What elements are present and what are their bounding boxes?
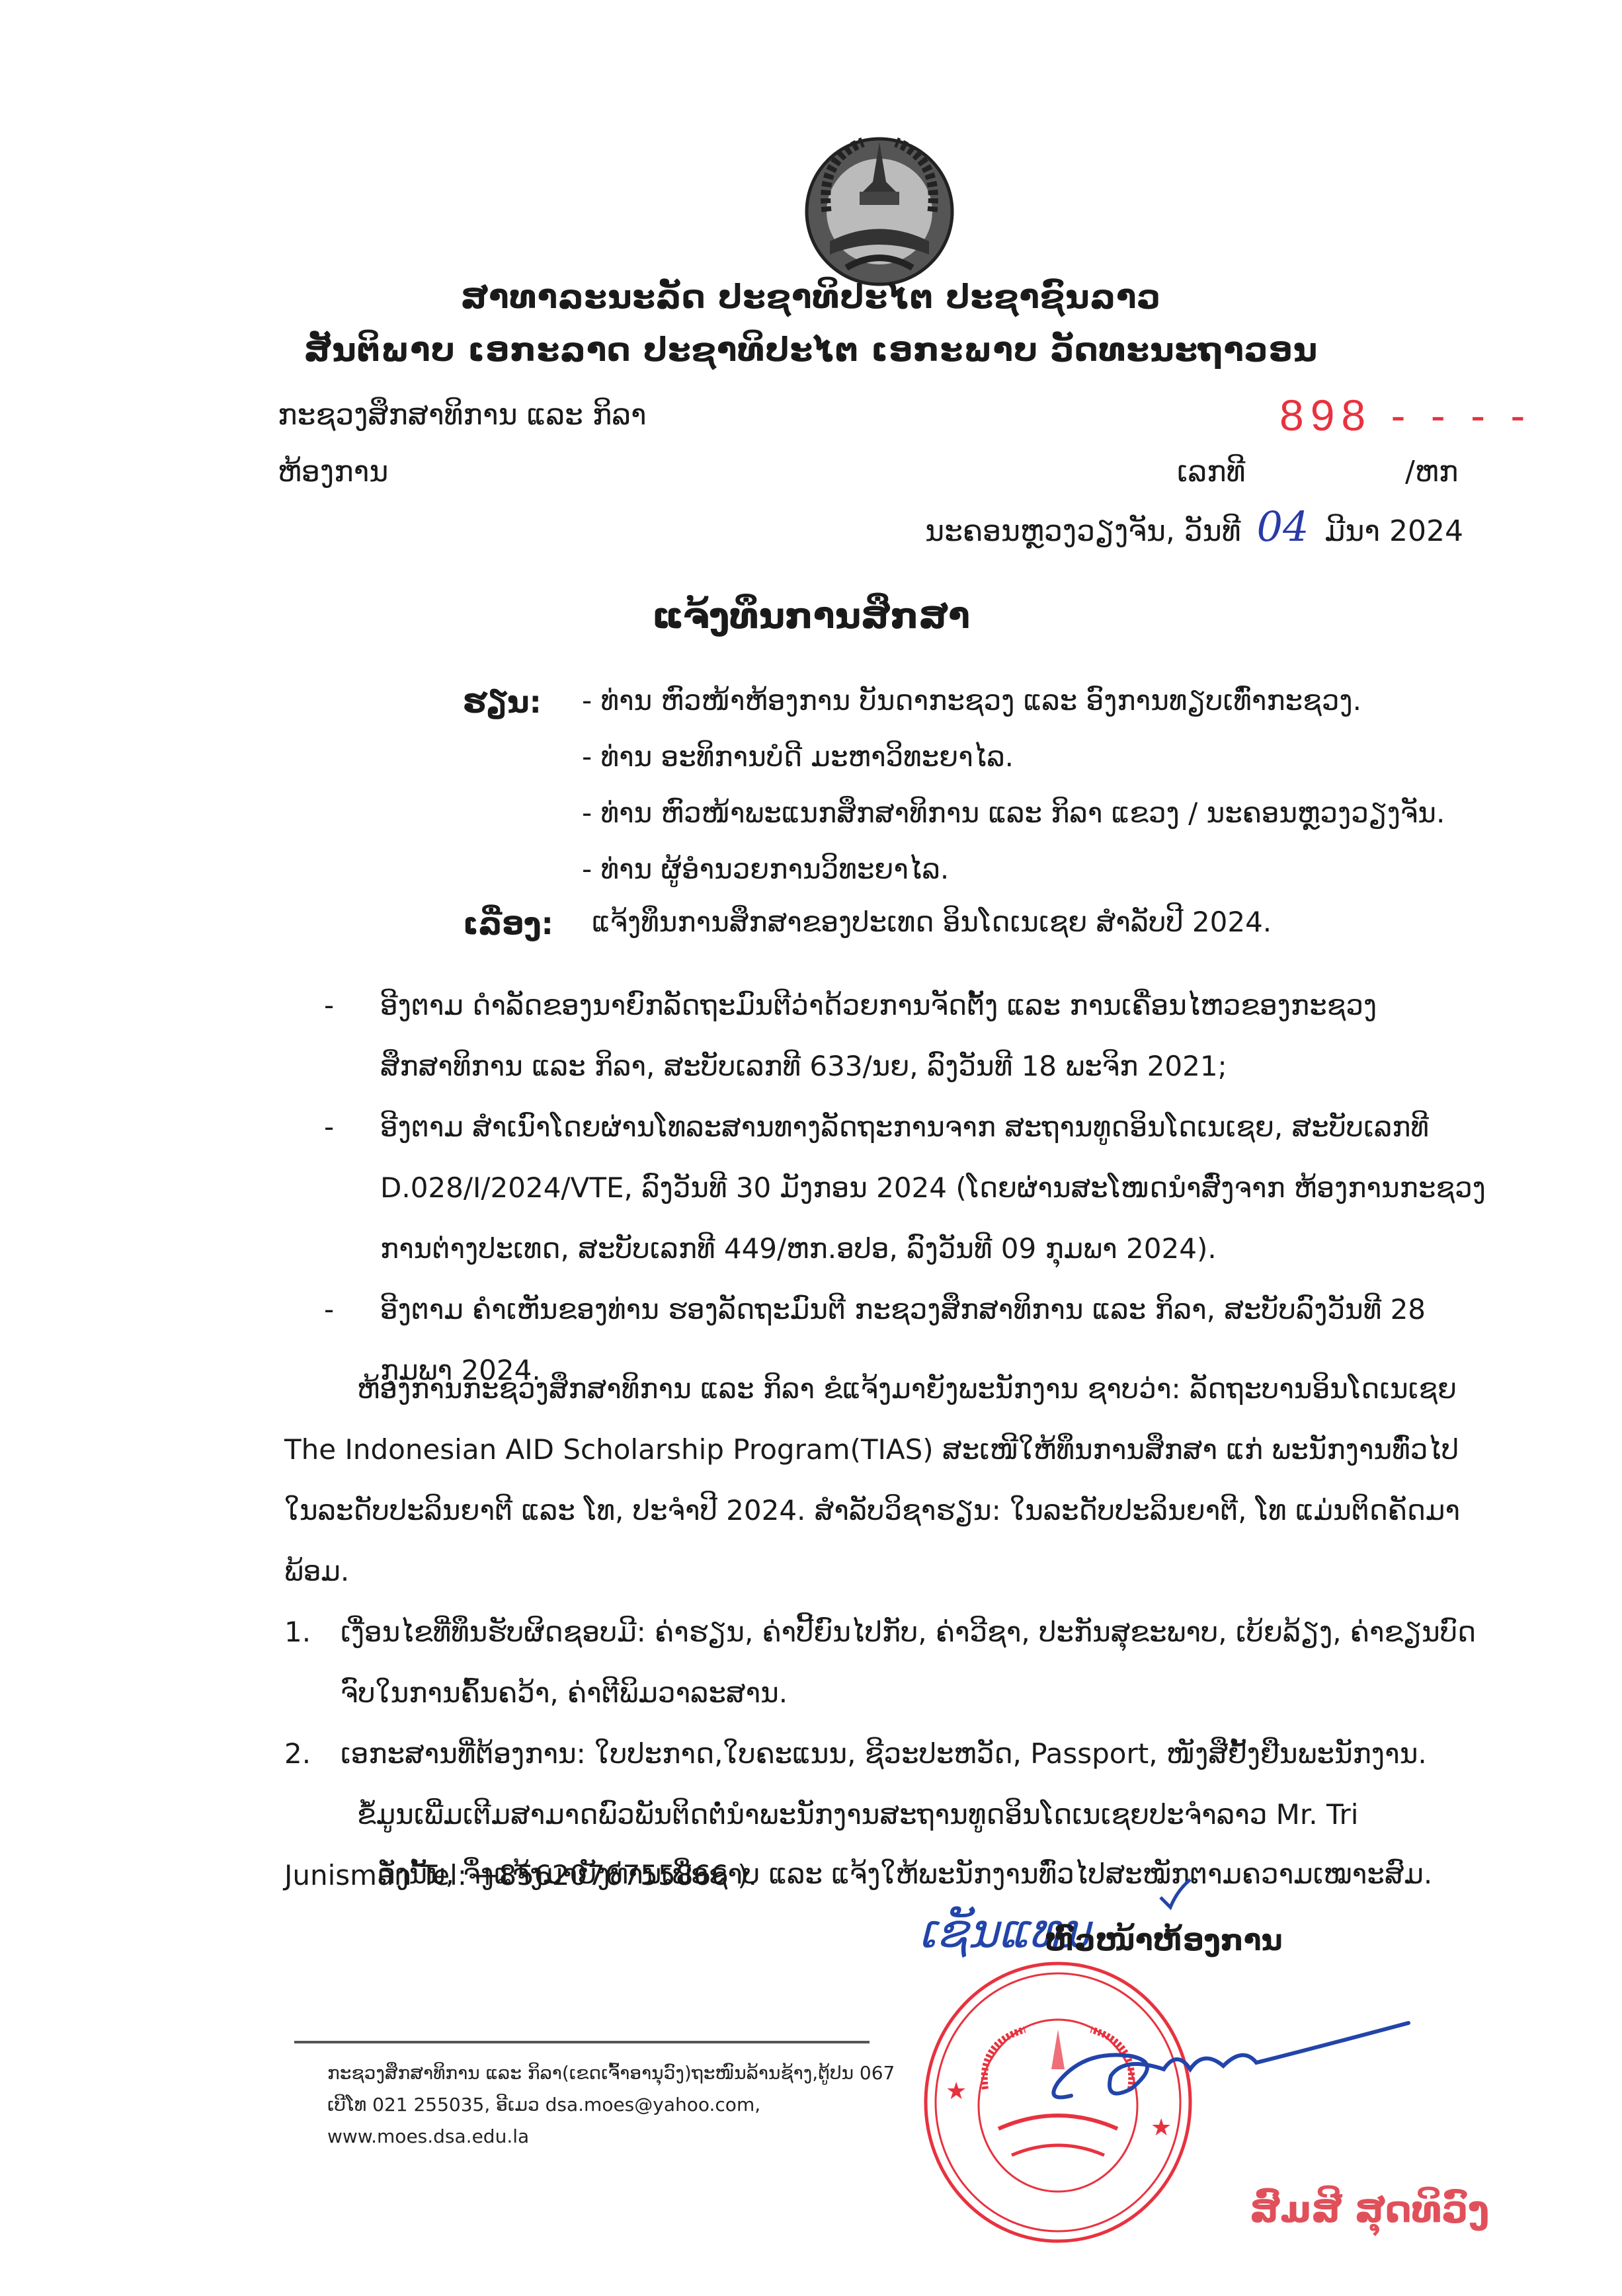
document-number-suffix: /ຫກ (1405, 455, 1458, 489)
footer-website-link[interactable]: www.moes.dsa.edu.la (327, 2121, 895, 2153)
body-item: 1. ເງື່ອນໄຂທີ່ທຶນຮັບຜິດຊອບມີ: ຄ່າຮຽນ, ຄ່… (284, 1602, 1488, 1723)
recipient-item: - ທ່ານ ອະທິການບໍດີ ມະຫາວິທະຍາໄລ. (582, 740, 1014, 773)
recipient-item: - ທ່ານ ຫົວໜ້າຫ້ອງການ ບັນດາກະຊວງ ແລະ ອົງກ… (582, 684, 1361, 717)
sender-office: ຫ້ອງການ (278, 455, 388, 489)
lao-emblem-icon (797, 126, 962, 291)
body-item: 2. ເອກະສານທີ່ຕ້ອງການ: ໃບປະກາດ,ໃບຄະແນນ, ຊ… (284, 1723, 1488, 1784)
body-item-text: ເອກະສານທີ່ຕ້ອງການ: ໃບປະກາດ,ໃບຄະແນນ, ຊີວະ… (341, 1737, 1427, 1770)
svg-text:★: ★ (1151, 2114, 1172, 2141)
closing-text: ດັ່ງນັ້ນ, ຈຶ່ງແຈ້ງມາຍັງທ່ານເພື່ອຊາບ ແລະ … (377, 1858, 1432, 1890)
header-country-name: ສາທາລະນະລັດ ປະຊາທິປະໄຕ ປະຊາຊົນລາວ (0, 278, 1622, 316)
reference-item: ອີງຕາມ ດຳລັດຂອງນາຍົກລັດຖະມົນຕີວ່າດ້ວຍການ… (324, 975, 1488, 1097)
date-prefix: ນະຄອນຫຼວງວຽງຈັນ, ວັນທີ (925, 514, 1240, 548)
footer-divider (294, 2041, 870, 2043)
signature-title: ຫົວໜ້າຫ້ອງການ (1045, 1924, 1283, 1958)
footer-address: ກະຊວງສຶກສາທິການ ແລະ ກິລາ(ເຂດເຈົ້າອານຸວົງ… (327, 2057, 895, 2089)
document-title: ແຈ້ງທຶນການສຶກສາ (0, 595, 1622, 637)
body-intro: ຫ້ອງການກະຊວງສຶກສາທິການ ແລະ ກິລາ ຂໍແຈ້ງມາ… (284, 1359, 1488, 1602)
document-number-stamp: 898 - - - - (1279, 390, 1531, 440)
document-number-label: ເລກທີ (1177, 455, 1245, 489)
references-list: ອີງຕາມ ດຳລັດຂອງນາຍົກລັດຖະມົນຕີວ່າດ້ວຍການ… (324, 975, 1488, 1401)
date-day-handwritten: 04 (1250, 502, 1316, 551)
subject-label: ເລື່ອງ: (463, 906, 553, 941)
footer-contact: ເບີໂທ 021 255035, ອີເມວ dsa.moes@yahoo.c… (327, 2089, 895, 2121)
recipient-item: - ທ່ານ ຫົວໜ້າພະແນກສຶກສາທິການ ແລະ ກິລາ ແຂ… (582, 797, 1445, 829)
body-section: ຫ້ອງການກະຊວງສຶກສາທິການ ແລະ ກິລາ ຂໍແຈ້ງມາ… (284, 1359, 1488, 1906)
body-item-number: 1. (284, 1602, 311, 1663)
sender-ministry: ກະຊວງສຶກສາທິການ ແລະ ກິລາ (278, 398, 647, 432)
checkmark-icon (1154, 1874, 1194, 1914)
signer-name: ສົມສີ ສຸດທິວົງ (1250, 2188, 1489, 2231)
recipient-item: - ທ່ານ ຜູ້ອຳນວຍການວິທະຍາໄລ. (582, 853, 949, 885)
reference-item: ອີງຕາມ ສຳເນົາໂດຍຜ່ານໂທລະສານທາງລັດຖະການຈາ… (324, 1097, 1488, 1279)
body-item-number: 2. (284, 1723, 311, 1784)
signature-scribble-icon (1032, 2010, 1415, 2116)
date-suffix: ມີນາ 2024 (1324, 514, 1463, 548)
footer-block: ກະຊວງສຶກສາທິການ ແລະ ກິລາ(ເຂດເຈົ້າອານຸວົງ… (327, 2057, 895, 2153)
body-item-text: ເງື່ອນໄຂທີ່ທຶນຮັບຜິດຊອບມີ: ຄ່າຮຽນ, ຄ່າປີ… (341, 1616, 1476, 1709)
recipients-label: ຮຽນ: (463, 684, 542, 720)
header-motto: ສັນຕິພາບ ເອກະລາດ ປະຊາທິປະໄຕ ເອກະພາບ ວັດທ… (0, 331, 1622, 369)
subject-text: ແຈ້ງທຶນການສຶກສາຂອງປະເທດ ອິນໂດເນເຊຍ ສຳລັບ… (592, 906, 1272, 938)
date-line: ນະຄອນຫຼວງວຽງຈັນ, ວັນທີ 04 ມີນາ 2024 (925, 502, 1463, 551)
svg-text:★: ★ (946, 2078, 967, 2105)
